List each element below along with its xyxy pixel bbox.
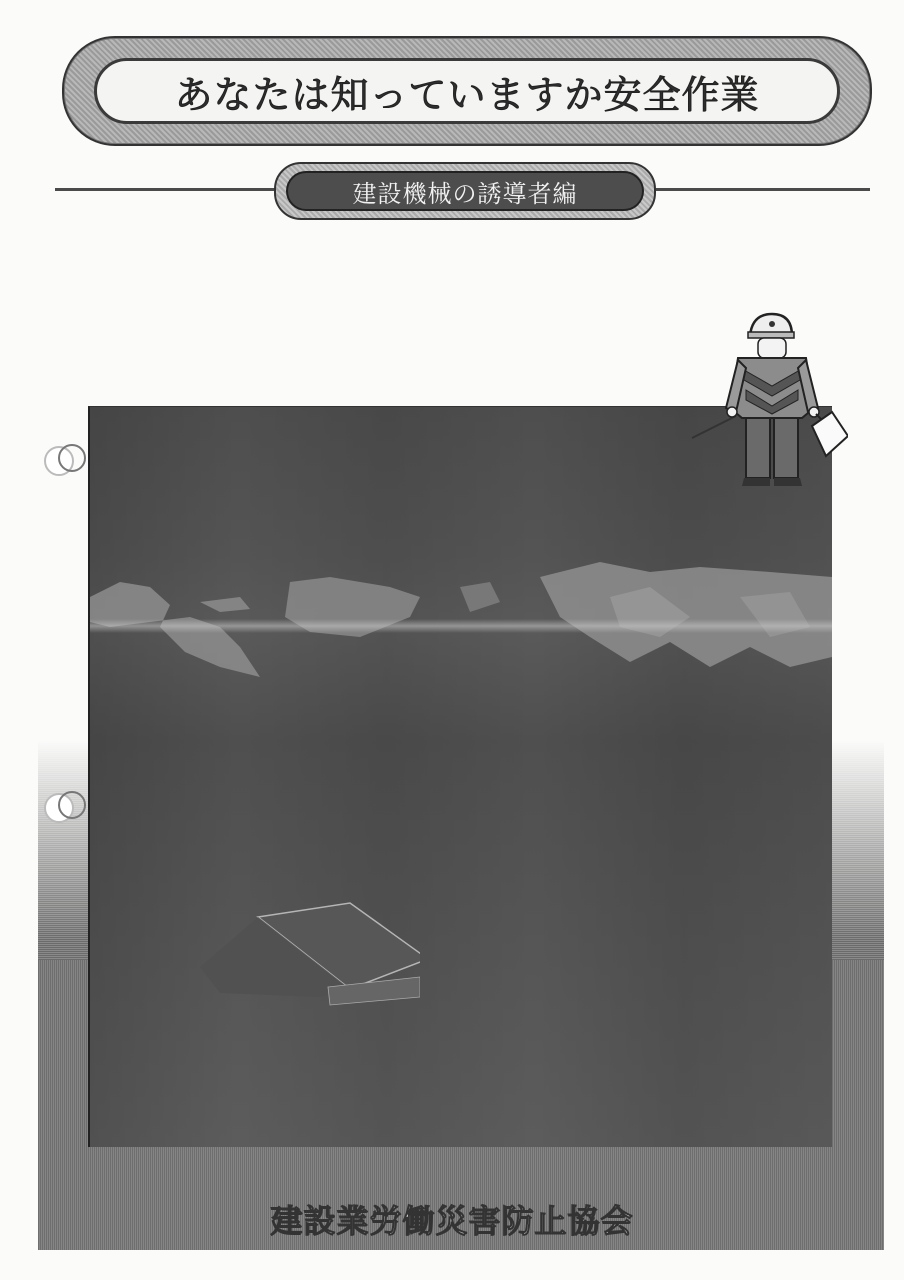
subtitle-rule-right xyxy=(648,188,870,191)
flagman-illustration xyxy=(686,308,848,498)
title-banner-inner: あなたは知っていますか安全作業 xyxy=(94,58,840,124)
series-title: あなたは知っていますか安全作業 xyxy=(174,64,759,119)
publisher-name: 建設業労働災害防止協会 xyxy=(0,1196,904,1242)
subtitle-badge: 建設機械の誘導者編 xyxy=(274,162,656,220)
scan-glare xyxy=(90,619,832,633)
punch-hole-top xyxy=(44,446,74,476)
volume-title: 建設機械の誘導者編 xyxy=(353,174,578,209)
punch-hole-bottom xyxy=(44,793,74,823)
subtitle-rule-left xyxy=(55,188,277,191)
cover-photo xyxy=(88,406,832,1147)
subtitle-badge-inner: 建設機械の誘導者編 xyxy=(286,171,644,211)
title-banner: あなたは知っていますか安全作業 xyxy=(62,36,872,146)
machine-roof-illustration xyxy=(200,897,420,1017)
